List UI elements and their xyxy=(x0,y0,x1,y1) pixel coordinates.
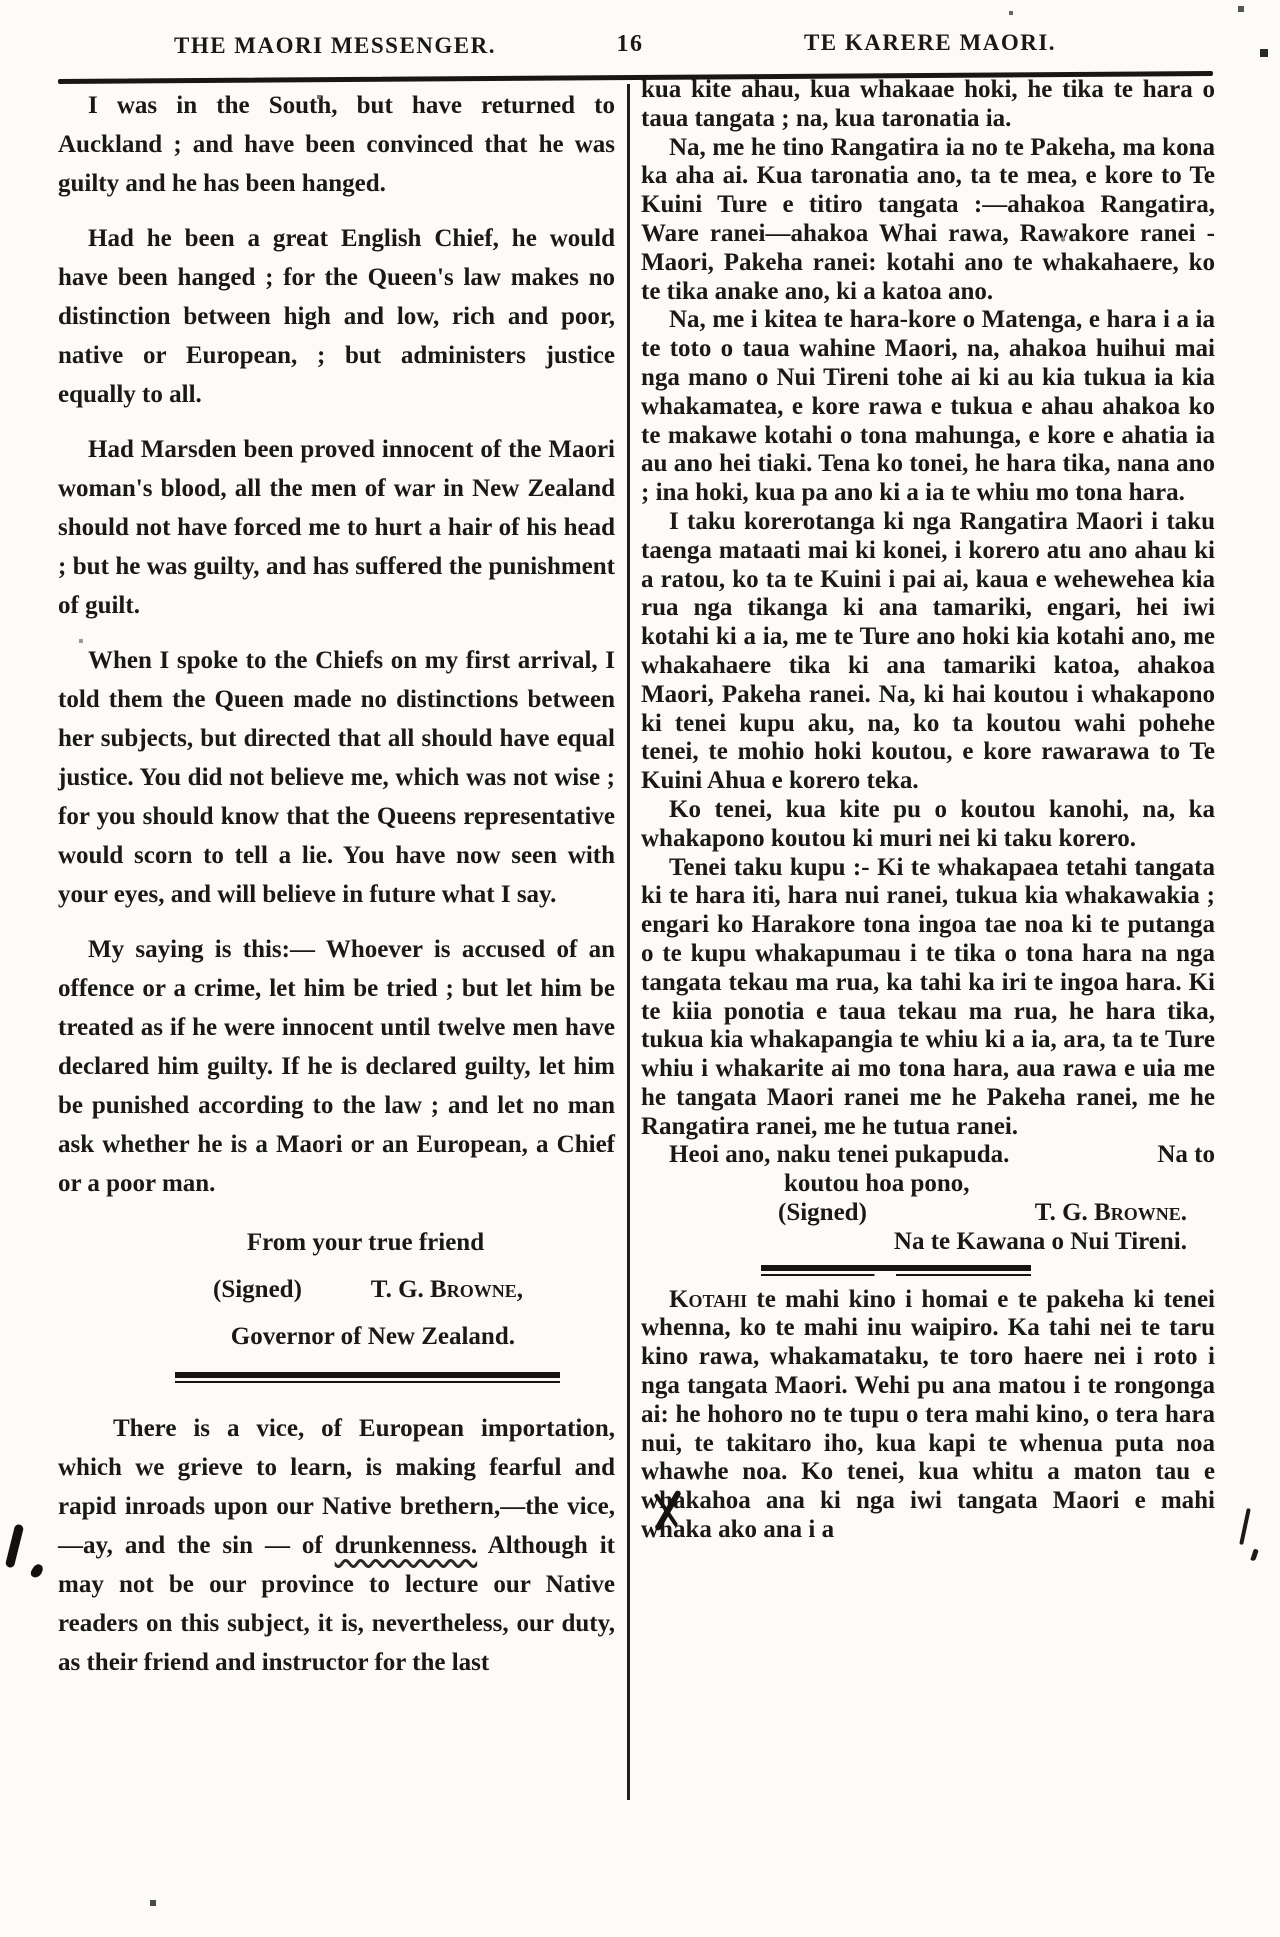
english-column: I was in the South, but have returned to… xyxy=(58,86,615,1698)
english-paragraph: My saying is this:— Whoever is accused o… xyxy=(58,930,615,1203)
handwritten-margin-dot-left-icon xyxy=(29,1562,45,1579)
signature-name: T. G. Browne. xyxy=(1035,1199,1187,1228)
signature-title: Governor of New Zealand. xyxy=(58,1317,615,1356)
section-divider-rule xyxy=(175,1372,560,1383)
maori-paragraph: Na, me i kitea te hara-kore o Matenga, e… xyxy=(641,306,1215,508)
signature-name: T. G. Browne, xyxy=(371,1270,523,1309)
handwritten-margin-mark-left-icon xyxy=(5,1524,24,1569)
closing-line: koutou hoa pono, xyxy=(641,1170,1215,1199)
signature-line: (Signed) T. G. Browne. xyxy=(641,1199,1215,1228)
page-number: 16 xyxy=(595,31,665,58)
column-divider-rule xyxy=(627,84,630,1800)
signature-attribution: Na te Kawana o Nui Tireni. xyxy=(641,1228,1215,1257)
lead-word: Kotahi xyxy=(669,1286,747,1313)
english-paragraph: When I spoke to the Chiefs on my first a… xyxy=(58,641,615,914)
masthead-left-title: THE MAORI MESSENGER. xyxy=(135,33,535,59)
article-text: te mahi kino i homai e te pakeha ki tene… xyxy=(641,1286,1215,1543)
newspaper-page: THE MAORI MESSENGER. 16 TE KARERE MAORI.… xyxy=(0,0,1280,1937)
maori-paragraph: Tenei taku kupu :- Ki te whakapaea tetah… xyxy=(641,854,1215,1142)
maori-paragraph: Kotahi te mahi kino i homai e te pakeha … xyxy=(641,1286,1215,1545)
maori-paragraph: kua kite ahau, kua whakaae hoki, he tika… xyxy=(641,76,1215,134)
maori-paragraph: Na, me he tino Rangatira ia no te Pakeha… xyxy=(641,134,1215,307)
english-paragraph: Had Marsden been proved innocent of the … xyxy=(58,430,615,625)
handwritten-x-mark xyxy=(650,1490,684,1530)
handwritten-margin-mark-right-icon xyxy=(1239,1508,1251,1545)
maori-column: kua kite ahau, kua whakaae hoki, he tika… xyxy=(641,76,1215,1545)
handwritten-margin-comma-right-icon xyxy=(1250,1549,1258,1562)
scan-noise-specks xyxy=(0,0,2,2)
section-divider-rule xyxy=(761,1265,1031,1276)
maori-paragraph: I taku korerotanga ki nga Rangatira Maor… xyxy=(641,508,1215,796)
closing-text: Na to xyxy=(1157,1141,1215,1170)
english-paragraph: Had he been a great English Chief, he wo… xyxy=(58,219,615,414)
maori-paragraph: Ko tenei, kua kite pu o koutou kanohi, n… xyxy=(641,796,1215,854)
masthead-right-title: TE KARERE MAORI. xyxy=(730,30,1130,56)
signature-line: (Signed) T. G. Browne, xyxy=(58,1270,615,1309)
closing-text: Heoi ano, naku tenei pukapuda. xyxy=(669,1141,1009,1170)
signed-label: (Signed) xyxy=(213,1270,302,1309)
signed-label: (Signed) xyxy=(778,1199,867,1228)
english-paragraph: There is a vice, of European importation… xyxy=(58,1409,615,1682)
english-paragraph: I was in the South, but have returned to… xyxy=(58,86,615,203)
scribbled-word: drunkenness. xyxy=(335,1532,477,1559)
closing-line: Heoi ano, naku tenei pukapuda.Na to xyxy=(641,1141,1215,1170)
signature-salutation: From your true friend xyxy=(58,1223,615,1262)
